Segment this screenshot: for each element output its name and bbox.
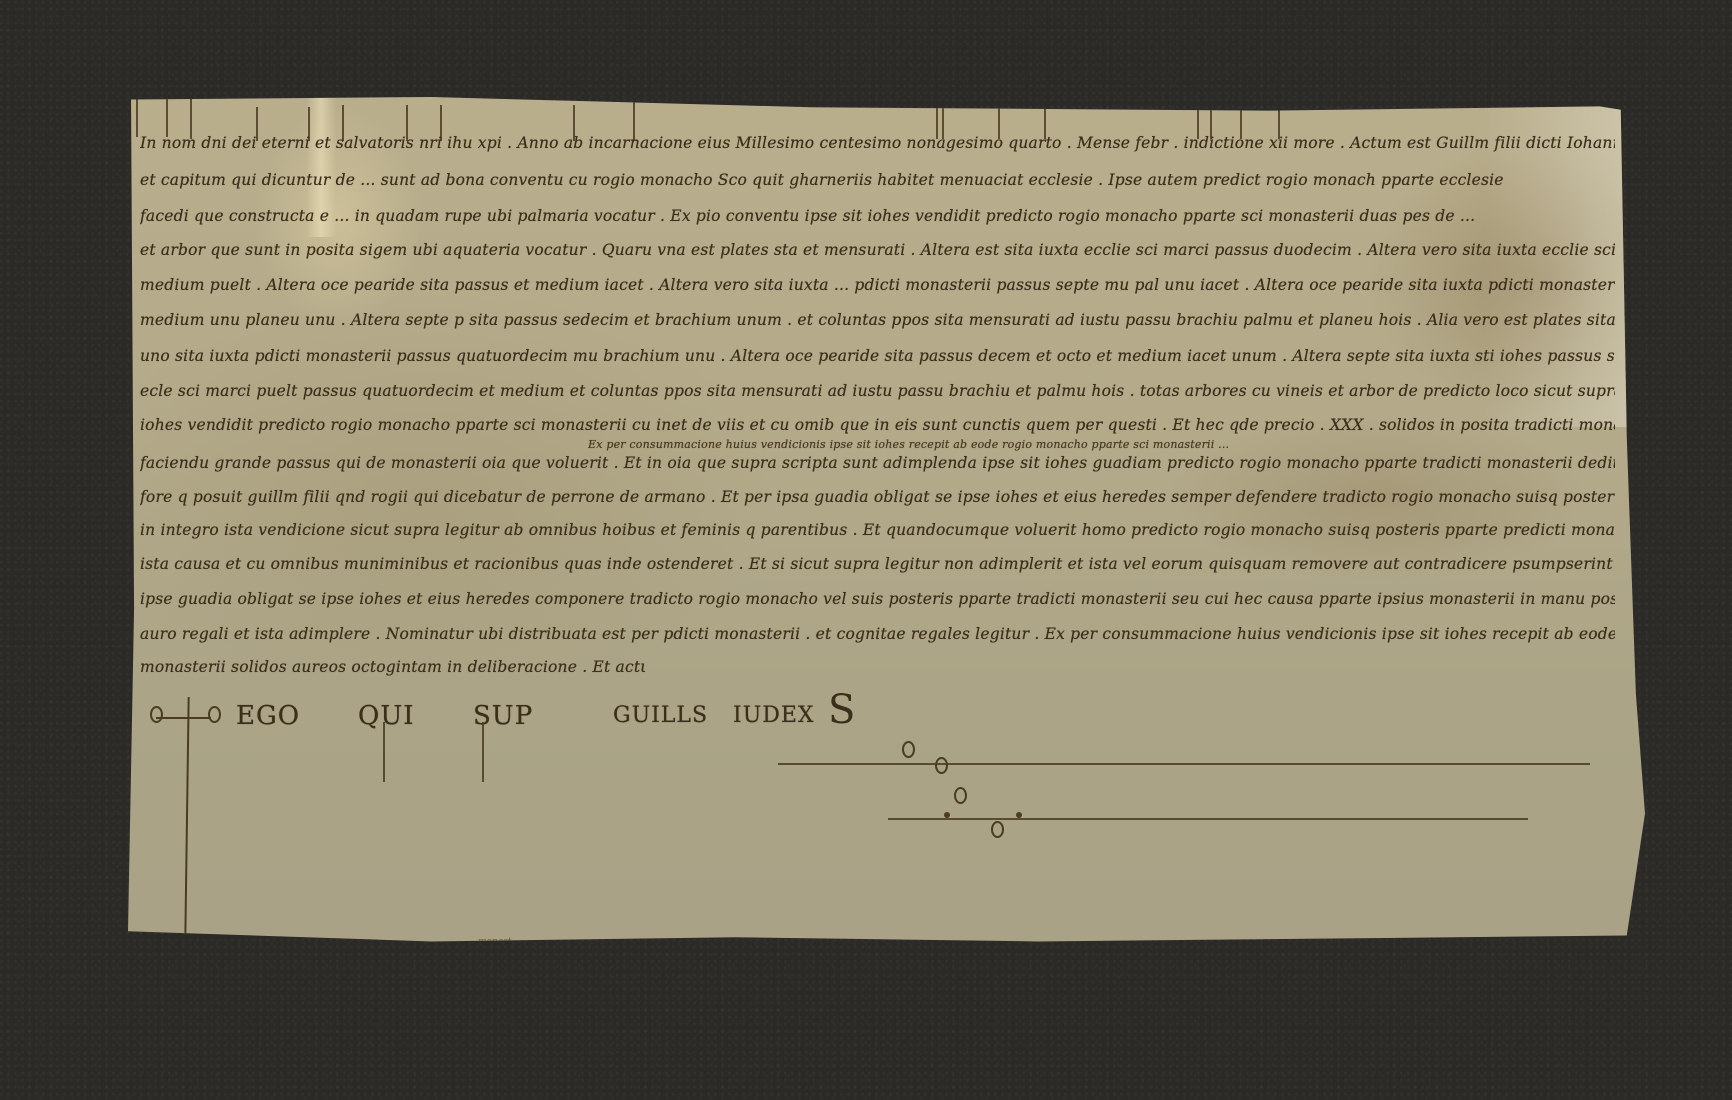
- signature-rule-bottom: [888, 818, 1528, 820]
- text-line: ista causa et cu omnibus muniminibus et …: [140, 554, 1615, 574]
- flourish-icon: [935, 757, 948, 774]
- text-line: faciendu grande passus qui de monasterii…: [140, 453, 1615, 473]
- notary-dot: [1016, 812, 1022, 818]
- text-line: monasterii solidos aureos octogintam in …: [140, 657, 645, 677]
- parchment-charter: In nom dni dei eterni et salvatoris nri …: [128, 97, 1645, 950]
- text-line: ipse guadia obligat se ipse iohes et eiu…: [140, 589, 1615, 609]
- text-line: facedi que constructa e ... in quadam ru…: [140, 206, 1615, 226]
- text-line: fore q posuit guillm filii qnd rogii qui…: [140, 487, 1615, 507]
- charter-text: In nom dni dei eterni et salvatoris nri …: [128, 97, 1645, 950]
- descender-stroke: [482, 722, 484, 782]
- text-line: uno sita iuxta pdicti monasterii passus …: [140, 346, 1615, 366]
- interlinear-note: Ex per consummacione huius vendicionis i…: [588, 435, 1615, 455]
- flourish-icon: [991, 821, 1004, 838]
- signature-word: GUILLS: [613, 703, 708, 728]
- text-line: medium puelt . Altera oce pearide sita p…: [140, 275, 1615, 295]
- text-line: et capitum qui dicuntur de ... sunt ad b…: [140, 170, 1615, 190]
- text-line: in integro ista vendicione sicut supra l…: [140, 520, 1615, 540]
- signature-word: IUDEX: [733, 703, 815, 728]
- text-line: et arbor que sunt in posita sigem ubi aq…: [140, 240, 1615, 260]
- flourish-icon: [954, 787, 967, 804]
- cross-mark-bar: [156, 717, 211, 719]
- flourish-icon: [902, 741, 915, 758]
- signature-word: EGO: [236, 701, 300, 731]
- notary-dot: [944, 812, 950, 818]
- flourish-icon: [150, 706, 163, 723]
- text-line: ecle sci marci puelt passus quatuordecim…: [140, 381, 1615, 401]
- signature-rule-top: [778, 763, 1590, 765]
- flourish-icon: [208, 706, 221, 723]
- dorsal-note: monast...: [478, 937, 520, 947]
- text-line: auro regali et ista adimplere . Nominatu…: [140, 624, 1615, 644]
- text-line: medium unu planeu unu . Altera septe p s…: [140, 310, 1615, 330]
- signature-word: QUI: [358, 701, 415, 731]
- descender-stroke: [383, 722, 385, 782]
- notary-monogram-icon: S: [828, 687, 855, 733]
- text-line: In nom dni dei eterni et salvatoris nri …: [140, 133, 1615, 153]
- text-line: iohes vendidit predicto rogio monacho pp…: [140, 415, 1615, 435]
